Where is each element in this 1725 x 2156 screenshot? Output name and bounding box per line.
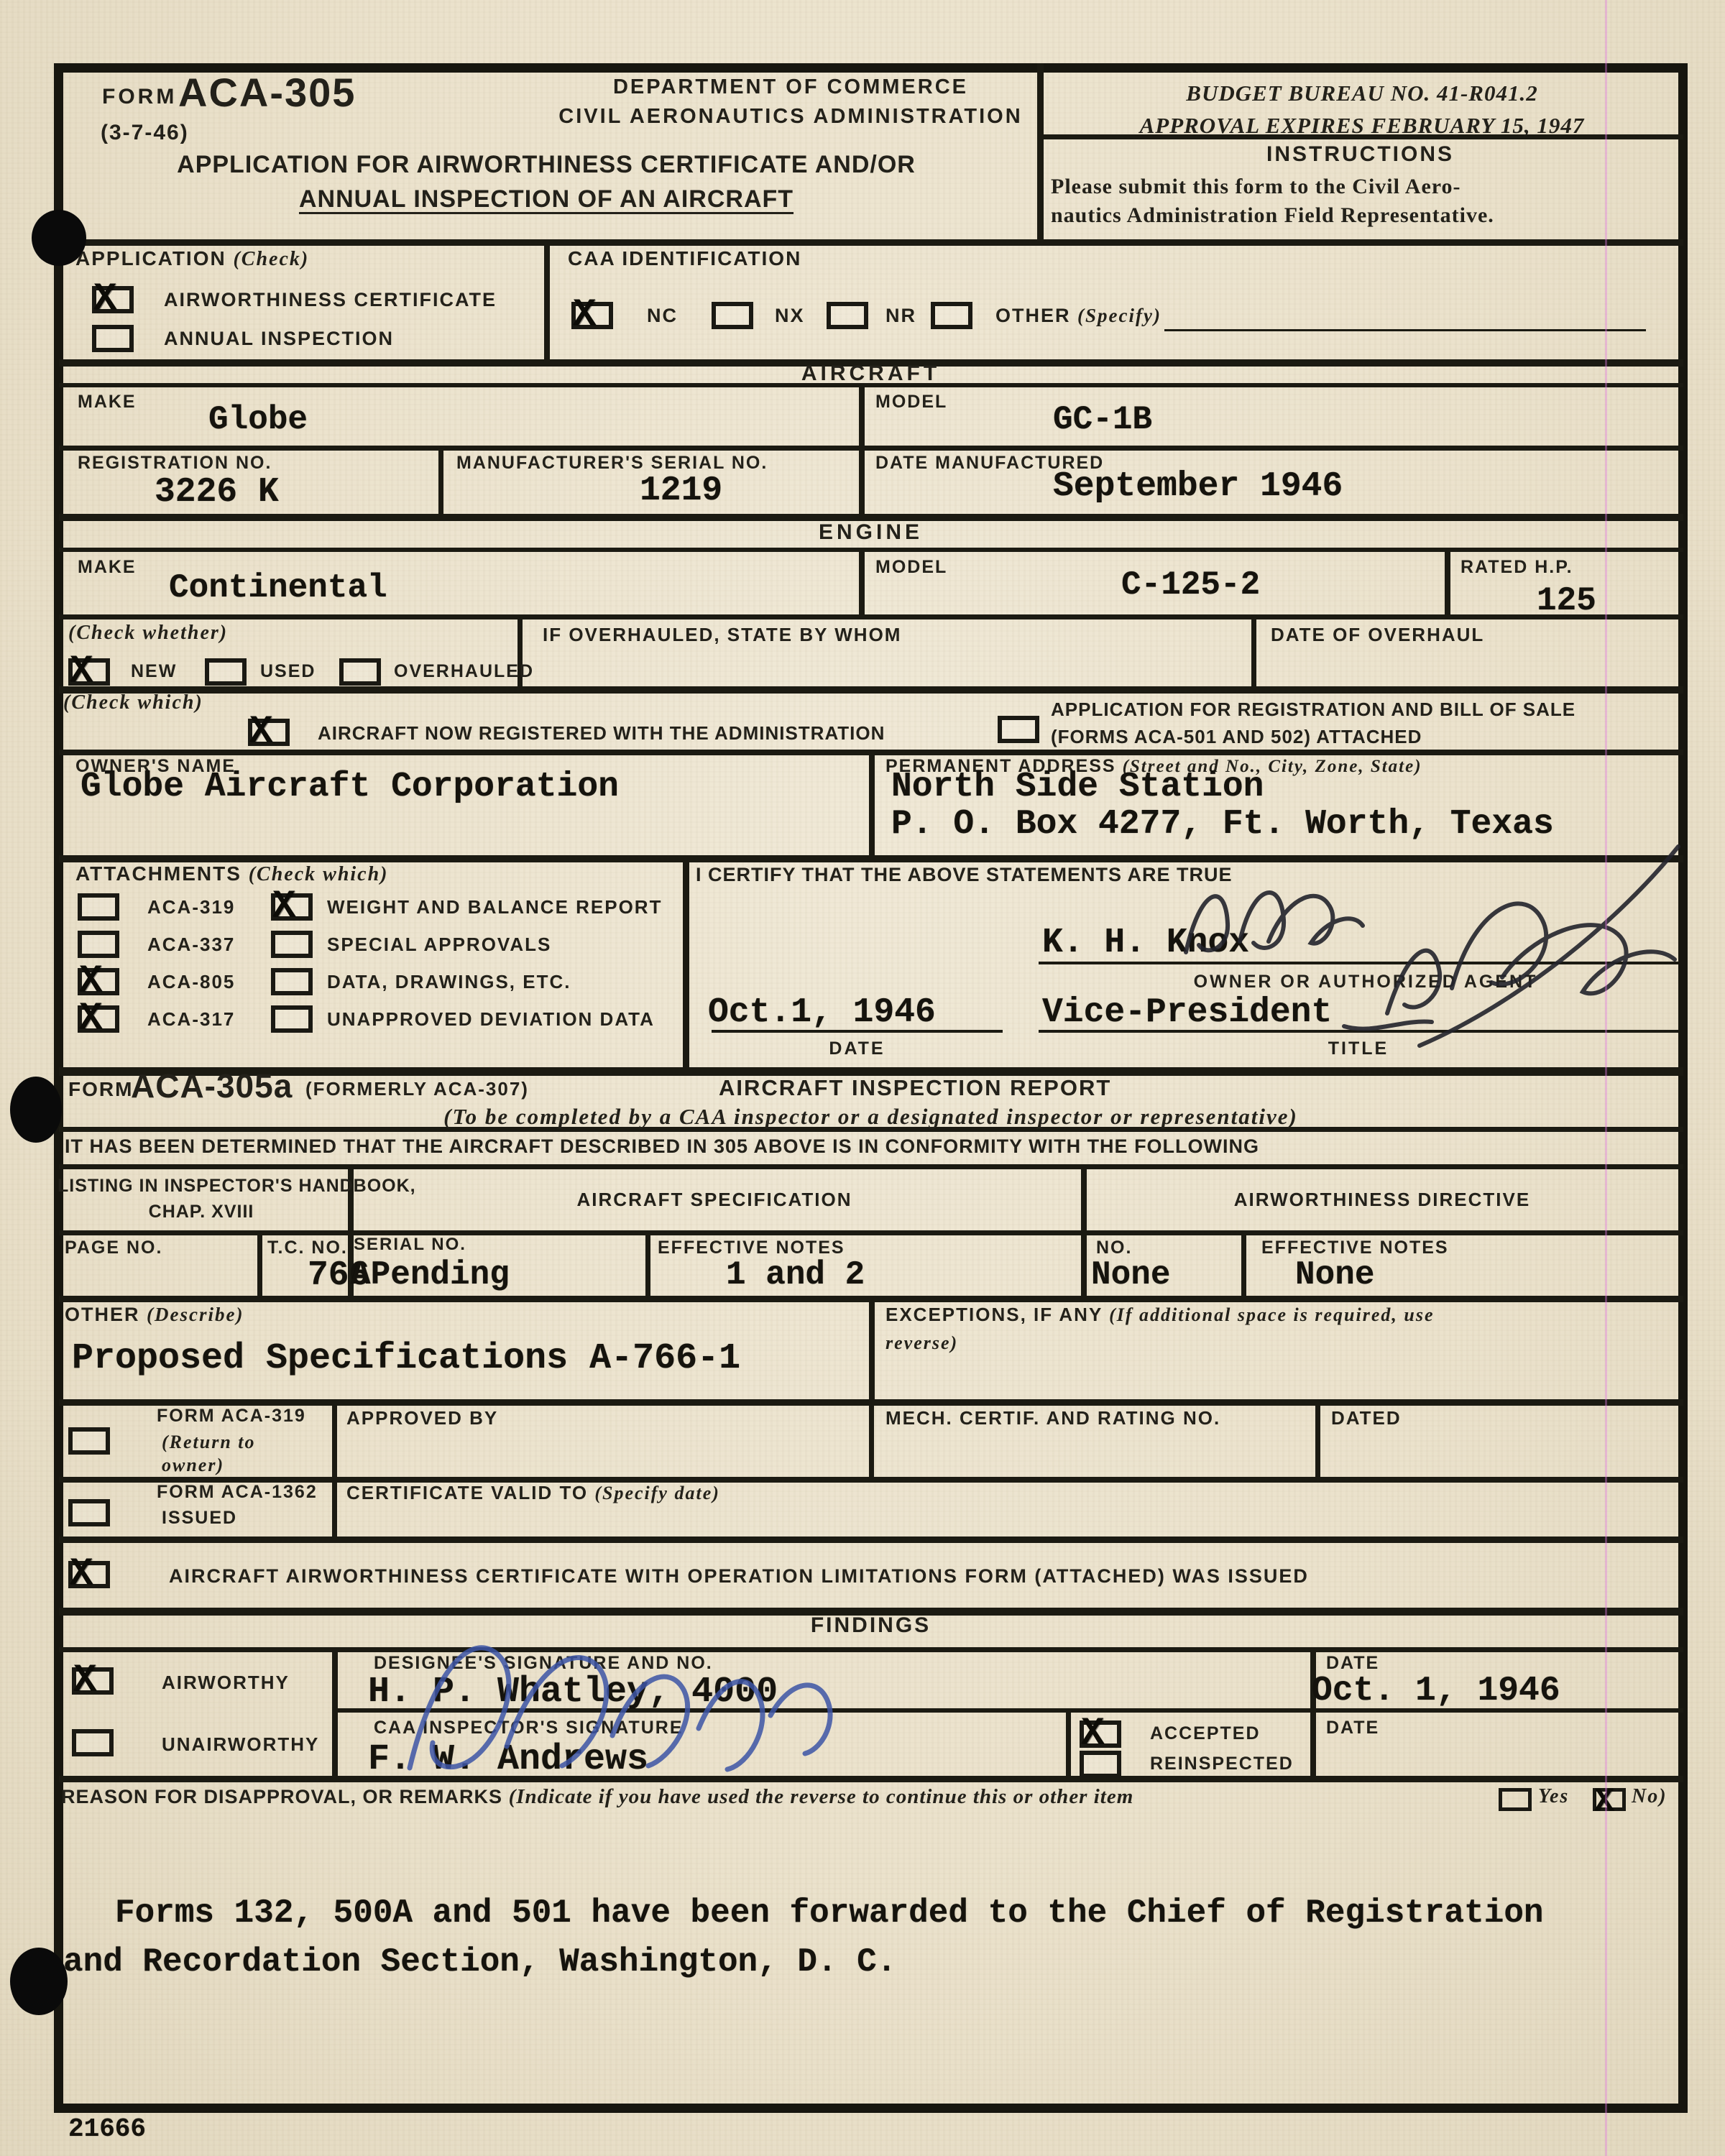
- aircraft-make-label: MAKE: [78, 392, 137, 413]
- caa-identification-label: CAA IDENTIFICATION: [568, 247, 801, 270]
- directive-no-value[interactable]: None: [1091, 1256, 1170, 1294]
- budget-bureau-line2: APPROVAL EXPIRES FEBRUARY 15, 1947: [1053, 113, 1671, 139]
- address-line1-value[interactable]: North Side Station: [891, 768, 1264, 806]
- registered-checkbox[interactable]: X: [248, 719, 290, 746]
- serial-no-value[interactable]: APending: [351, 1256, 510, 1294]
- aircraft-make-value[interactable]: Globe: [208, 401, 308, 438]
- department-line2: CIVIL AERONAUTICS ADMINISTRATION: [553, 105, 1028, 129]
- nx-checkbox[interactable]: [712, 302, 753, 329]
- certificate-valid-to-label: CERTIFICATE VALID TO (Specify date): [346, 1482, 720, 1504]
- punch-hole-top: [32, 210, 86, 266]
- date-of-overhaul-label: DATE OF OVERHAUL: [1271, 624, 1484, 646]
- engine-section-title: ENGINE: [54, 520, 1688, 545]
- airworthiness-certificate-checkbox[interactable]: X: [92, 286, 134, 313]
- form-title-line1: APPLICATION FOR AIRWORTHINESS CERTIFICAT…: [61, 151, 1031, 179]
- application-section-label: APPLICATION (Check): [75, 247, 309, 271]
- handbook-label-line1: LISTING IN INSPECTOR'S HANDBOOK,: [57, 1176, 345, 1197]
- findings-date-label: DATE: [1326, 1653, 1379, 1674]
- effective-notes-label: EFFECTIVE NOTES: [658, 1238, 845, 1258]
- aca-319-label: ACA-319: [147, 896, 235, 918]
- engine-model-label: MODEL: [875, 557, 947, 578]
- check-whether-label: (Check whether): [68, 622, 228, 645]
- directive-notes-value[interactable]: None: [1295, 1256, 1374, 1294]
- aca-337-label: ACA-337: [147, 934, 235, 956]
- form-aca-319-label: FORM ACA-319: [157, 1406, 306, 1427]
- form-label: FORM: [102, 85, 177, 109]
- other-describe-label: OTHER (Describe): [65, 1304, 244, 1326]
- instructions-line1: Please submit this form to the Civil Aer…: [1051, 175, 1461, 199]
- engine-new-label: NEW: [131, 661, 177, 682]
- attachments-label: ATTACHMENTS (Check which): [75, 862, 389, 886]
- airworthy-label: AIRWORTHY: [162, 1672, 290, 1694]
- plate-number: 21666: [68, 2114, 146, 2144]
- remarks-body-line1: Forms 132, 500A and 501 have been forwar…: [115, 1894, 1544, 1932]
- unapproved-deviation-checkbox[interactable]: [271, 1005, 313, 1033]
- punch-hole-bottom: [10, 1948, 68, 2015]
- weight-balance-checkbox[interactable]: X: [271, 893, 313, 921]
- serial-no-label: SERIAL NO.: [354, 1235, 466, 1255]
- punch-hole-middle: [10, 1077, 62, 1143]
- airworthiness-directive-header: AIRWORTHINESS DIRECTIVE: [1081, 1189, 1683, 1211]
- unairworthy-label: UNAIRWORTHY: [162, 1733, 319, 1756]
- mech-certif-label: MECH. CERTIF. AND RATING NO.: [885, 1407, 1220, 1429]
- designee-handwritten-signature: [359, 1592, 877, 1807]
- nr-checkbox[interactable]: [827, 302, 868, 329]
- inspection-form-number: ACA-305a: [131, 1067, 293, 1105]
- reinspected-label: REINSPECTED: [1150, 1754, 1294, 1774]
- remarks-body-line2: and Recordation Section, Washington, D. …: [63, 1943, 896, 1981]
- data-drawings-label: DATA, DRAWINGS, ETC.: [327, 971, 571, 993]
- findings-date-value[interactable]: Oct. 1, 1946: [1312, 1672, 1560, 1710]
- bill-of-sale-label-line1: APPLICATION FOR REGISTRATION AND BILL OF…: [1051, 699, 1575, 721]
- return-to-owner-line2: owner): [162, 1455, 224, 1476]
- nc-checkbox[interactable]: X: [571, 302, 613, 329]
- form-revision: (3-7-46): [101, 121, 189, 145]
- approved-by-label: APPROVED BY: [346, 1407, 498, 1429]
- instructions-title: INSTRUCTIONS: [1037, 142, 1683, 167]
- findings-date2-label: DATE: [1326, 1718, 1379, 1738]
- inspection-form-label: FORM: [68, 1078, 133, 1101]
- scan-artifact-line: [1605, 0, 1607, 2156]
- airworthiness-certificate-label: AIRWORTHINESS CERTIFICATE: [164, 289, 497, 311]
- airworthy-checkbox[interactable]: X: [72, 1667, 114, 1695]
- bill-of-sale-label-line2: (FORMS ACA-501 AND 502) ATTACHED: [1051, 726, 1422, 748]
- handbook-label-line2: CHAP. XVIII: [57, 1202, 345, 1222]
- registered-label: AIRCRAFT NOW REGISTERED WITH THE ADMINIS…: [318, 722, 885, 745]
- inspection-subtitle: (To be completed by a CAA inspector or a…: [54, 1104, 1688, 1130]
- exceptions-label: EXCEPTIONS, IF ANY (If additional space …: [885, 1304, 1435, 1326]
- reverse-no-checkbox[interactable]: X: [1593, 1788, 1626, 1811]
- certification-date-label: DATE: [712, 1038, 1003, 1059]
- department-line1: DEPARTMENT OF COMMERCE: [553, 75, 1028, 99]
- engine-overhauled-label: OVERHAULED: [394, 661, 534, 682]
- scanned-form-aca-305: FORM ACA-305 (3-7-46) DEPARTMENT OF COMM…: [0, 0, 1725, 2156]
- nx-label: NX: [775, 305, 805, 327]
- aca-805-checkbox[interactable]: X: [78, 968, 119, 995]
- accepted-label: ACCEPTED: [1150, 1723, 1261, 1744]
- aircraft-spec-header: AIRCRAFT SPECIFICATION: [348, 1189, 1081, 1211]
- owner-name-value[interactable]: Globe Aircraft Corporation: [80, 768, 619, 806]
- certification-date-value[interactable]: Oct.1, 1946: [708, 993, 936, 1032]
- reinspected-checkbox[interactable]: [1080, 1751, 1121, 1778]
- page-no-label: PAGE NO.: [65, 1238, 162, 1258]
- certificate-issued-label: AIRCRAFT AIRWORTHINESS CERTIFICATE WITH …: [169, 1565, 1309, 1588]
- aca-319-checkbox[interactable]: [78, 893, 119, 921]
- annual-inspection-label: ANNUAL INSPECTION: [164, 328, 394, 350]
- reverse-yes-checkbox[interactable]: [1499, 1788, 1532, 1811]
- engine-model-value[interactable]: C-125-2: [1121, 566, 1260, 604]
- tc-no-label: T.C. NO.: [267, 1238, 348, 1258]
- nc-label: NC: [647, 305, 678, 327]
- form-title-line2: ANNUAL INSPECTION OF AN AIRCRAFT: [61, 185, 1031, 213]
- instructions-line2: nautics Administration Field Representat…: [1051, 203, 1494, 228]
- form-aca-1362-checkbox[interactable]: [68, 1499, 110, 1526]
- aircraft-section-title: AIRCRAFT: [54, 361, 1688, 386]
- engine-make-value[interactable]: Continental: [169, 569, 387, 607]
- registration-no-label: REGISTRATION NO.: [78, 453, 272, 474]
- other-checkbox[interactable]: [931, 302, 972, 329]
- engine-used-checkbox[interactable]: [205, 658, 247, 686]
- check-which-label: (Check which): [63, 691, 203, 714]
- special-approvals-label: SPECIAL APPROVALS: [327, 934, 551, 956]
- directive-notes-label: EFFECTIVE NOTES: [1261, 1238, 1449, 1258]
- mfr-serial-label: MANUFACTURER'S SERIAL NO.: [456, 453, 768, 474]
- nr-label: NR: [885, 305, 916, 327]
- form-aca-1362-label: FORM ACA-1362: [157, 1482, 318, 1503]
- other-label: OTHER (Specify): [995, 305, 1161, 327]
- determination-statement: IT HAS BEEN DETERMINED THAT THE AIRCRAFT…: [65, 1135, 1259, 1158]
- other-describe-value[interactable]: Proposed Specifications A-766-1: [72, 1338, 740, 1379]
- engine-used-label: USED: [260, 661, 316, 682]
- special-approvals-checkbox[interactable]: [271, 931, 313, 958]
- aircraft-model-label: MODEL: [875, 392, 947, 413]
- overhauled-by-label: IF OVERHAULED, STATE BY WHOM: [543, 624, 901, 646]
- reverse-no-label: No): [1632, 1785, 1667, 1808]
- inspection-title: AIRCRAFT INSPECTION REPORT: [719, 1075, 1111, 1101]
- aca-805-label: ACA-805: [147, 971, 235, 993]
- weight-balance-label: WEIGHT AND BALANCE REPORT: [327, 896, 662, 918]
- reverse-yes-label: Yes: [1538, 1785, 1569, 1808]
- annual-inspection-checkbox[interactable]: [92, 325, 134, 352]
- engine-overhauled-checkbox[interactable]: [339, 658, 381, 686]
- dated-label: DATED: [1331, 1407, 1402, 1429]
- effective-notes-value[interactable]: 1 and 2: [726, 1256, 865, 1294]
- form-aca-319-checkbox[interactable]: [68, 1427, 110, 1455]
- issued-sub-label: ISSUED: [162, 1508, 237, 1529]
- exceptions-label-line2: reverse): [885, 1332, 958, 1354]
- data-drawings-checkbox[interactable]: [271, 968, 313, 995]
- bill-of-sale-checkbox[interactable]: [998, 716, 1039, 743]
- form-number: ACA-305: [178, 69, 356, 116]
- mfr-serial-value[interactable]: 1219: [640, 471, 722, 510]
- engine-make-label: MAKE: [78, 557, 137, 578]
- return-to-owner-line1: (Return to: [162, 1432, 256, 1453]
- certificate-issued-checkbox[interactable]: X: [68, 1561, 110, 1588]
- aca-317-checkbox[interactable]: X: [78, 1005, 119, 1033]
- engine-new-checkbox[interactable]: X: [68, 658, 110, 686]
- date-manufactured-value[interactable]: September 1946: [1053, 467, 1343, 506]
- rated-hp-label: RATED H.P.: [1460, 557, 1573, 578]
- aca-337-checkbox[interactable]: [78, 931, 119, 958]
- unapproved-deviation-label: UNAPPROVED DEVIATION DATA: [327, 1008, 655, 1031]
- aca-317-label: ACA-317: [147, 1008, 235, 1031]
- inspection-formerly: (FORMERLY ACA-307): [305, 1078, 529, 1100]
- rated-hp-value[interactable]: 125: [1537, 582, 1596, 619]
- unairworthy-checkbox[interactable]: [72, 1729, 114, 1756]
- accepted-checkbox[interactable]: X: [1080, 1720, 1121, 1748]
- registration-no-value[interactable]: 3226 K: [155, 473, 279, 512]
- aircraft-model-value[interactable]: GC-1B: [1053, 401, 1152, 438]
- budget-bureau-line1: BUDGET BUREAU NO. 41-R041.2: [1053, 80, 1671, 106]
- directive-no-label: NO.: [1096, 1238, 1132, 1258]
